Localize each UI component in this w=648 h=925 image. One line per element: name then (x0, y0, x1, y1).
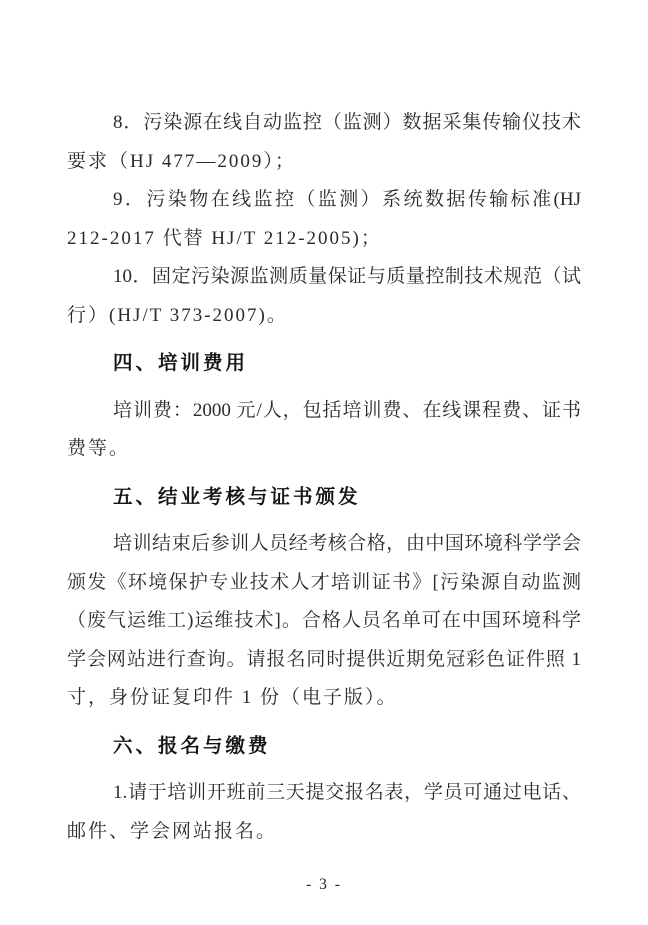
body-line: 颁发《环境保护专业技术人才培训证书》[污染源自动监测 (67, 564, 581, 603)
body-line: 10．固定污染源监测质量保证与质量控制技术规范（试 (67, 258, 581, 297)
body-line: 培训结束后参训人员经考核合格，由中国环境科学学会 (67, 525, 581, 564)
page-number: - 3 - (0, 876, 648, 894)
body-line: 培训费：2000 元/人，包括培训费、在线课程费、证书 (67, 392, 581, 431)
body-line: 学会网站进行查询。请报名同时提供近期免冠彩色证件照 1 (67, 641, 581, 680)
body-line: 1.请于培训开班前三天提交报名表，学员可通过电话、 (67, 774, 581, 813)
body-line: 8．污染源在线自动监控（监测）数据采集传输仪技术 (67, 104, 581, 143)
body-line: 要求（HJ 477—2009）； (67, 143, 581, 182)
body-line: 行）(HJ/T 373-2007)。 (67, 297, 581, 336)
section-heading-training-fee: 四、培训费用 (67, 344, 581, 383)
section-heading-registration-payment: 六、报名与缴费 (67, 727, 581, 766)
body-line: 9．污染物在线监控（监测）系统数据传输标准(HJ (67, 181, 581, 220)
body-line: 费等。 (67, 430, 581, 469)
section-heading-assessment-certificate: 五、结业考核与证书颁发 (67, 478, 581, 517)
body-line: 邮件、学会网站报名。 (67, 813, 581, 852)
document-page: 8．污染源在线自动监控（监测）数据采集传输仪技术 要求（HJ 477—2009）… (0, 0, 648, 925)
body-line: 212-2017 代替 HJ/T 212-2005)； (67, 220, 581, 259)
body-line: 寸，身份证复印件 1 份（电子版）。 (67, 679, 581, 718)
body-line: （废气运维工)运维技术]。合格人员名单可在中国环境科学 (67, 602, 581, 641)
document-content: 8．污染源在线自动监控（监测）数据采集传输仪技术 要求（HJ 477—2009）… (67, 104, 581, 851)
